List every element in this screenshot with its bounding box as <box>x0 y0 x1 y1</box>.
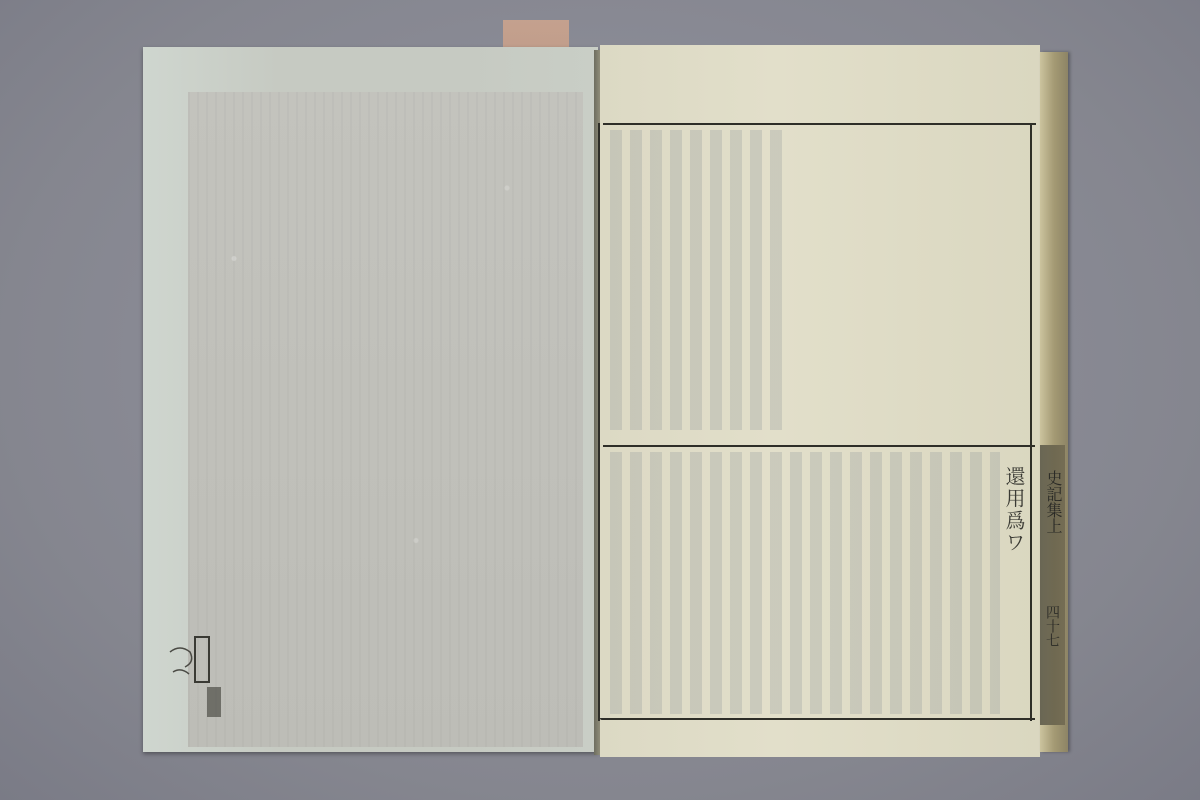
margin-title: 史記集上 <box>1042 470 1065 534</box>
frame-line-top <box>603 123 1036 125</box>
frame-line-right <box>1030 123 1032 721</box>
handwritten-annotation: 還用爲ワ <box>1000 466 1029 554</box>
frame-line-middle <box>603 445 1035 447</box>
frame-line-left <box>598 123 600 721</box>
show-through-text-lower <box>610 452 1000 714</box>
seal-stamp-icon <box>165 632 235 722</box>
show-through-text-upper <box>610 130 790 430</box>
left-page <box>143 47 598 752</box>
margin-page-number: 四十七 <box>1042 605 1062 647</box>
frame-line-bottom <box>600 718 1035 720</box>
